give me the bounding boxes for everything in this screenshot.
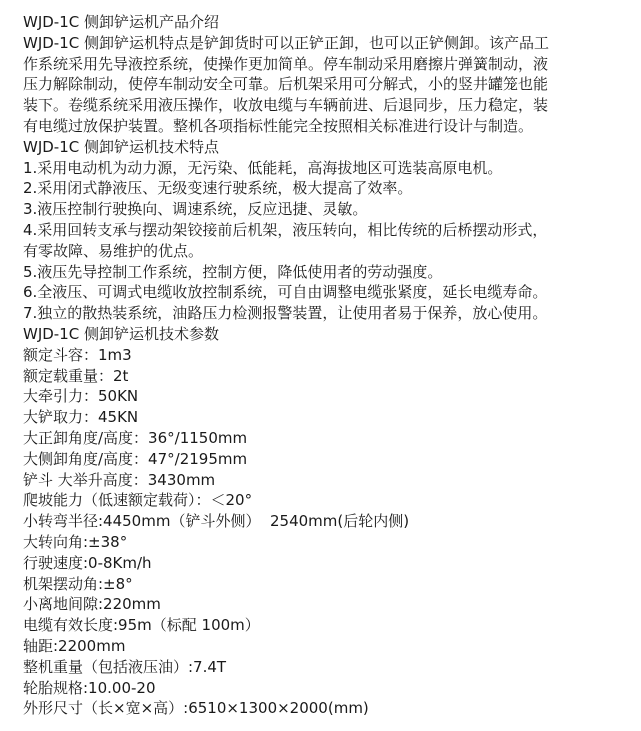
spec-item: 大转向角:±38° (23, 532, 623, 553)
features-list: 1.采用电动机为动力源，无污染、低能耗，高海拔地区可选装高原电机。 2.采用闭式… (23, 158, 623, 324)
intro-paragraph: WJD-1C 侧卸铲运机特点是铲卸货时可以正铲正卸，也可以正铲侧卸。该产品工 作… (23, 33, 623, 137)
spec-item: 铲斗 大举升高度：3430mm (23, 470, 623, 491)
feature-item: 6.全液压、可调式电缆收放控制系统，可自由调整电缆张紧度，延长电缆寿命。 (23, 282, 623, 303)
feature-item: 4.采用回转支承与摆动架铰接前后机架，液压转向，相比传统的后桥摆动形式， (23, 220, 623, 241)
feature-item: 3.液压控制行驶换向、调速系统，反应迅捷、灵敏。 (23, 199, 623, 220)
spec-item: 小转弯半径:4450mm（铲斗外侧） 2540mm(后轮内侧) (23, 511, 623, 532)
spec-item: 小离地间隙:220mm (23, 594, 623, 615)
spec-item: 电缆有效长度:95m（标配 100m） (23, 615, 623, 636)
feature-item: 有零故障、易维护的优点。 (23, 241, 623, 262)
spec-item: 大侧卸角度/高度：47°/2195mm (23, 449, 623, 470)
spec-item: 大铲取力：45KN (23, 407, 623, 428)
intro-line: 装下。卷缆系统采用液压操作，收放电缆与车辆前进、后退同步，压力稳定，装 (23, 95, 623, 116)
spec-item: 外形尺寸（长×宽×高）:6510×1300×2000(mm) (23, 698, 623, 719)
feature-item: 7.独立的散热装系统，油路压力检测报警装置，让使用者易于保养，放心使用。 (23, 303, 623, 324)
spec-item: 大牵引力：50KN (23, 386, 623, 407)
intro-line: WJD-1C 侧卸铲运机特点是铲卸货时可以正铲正卸，也可以正铲侧卸。该产品工 (23, 33, 623, 54)
specs-list: 额定斗容：1m3 额定载重量：2t 大牵引力：50KN 大铲取力：45KN 大正… (23, 345, 623, 719)
spec-item: 机架摆动角:±8° (23, 574, 623, 595)
spec-item: 轴距:2200mm (23, 636, 623, 657)
intro-line: 作系统采用先导液控系统，使操作更加简单。停车制动采用磨擦片弹簧制动，液 (23, 54, 623, 75)
document-body: WJD-1C 侧卸铲运机产品介绍 WJD-1C 侧卸铲运机特点是铲卸货时可以正铲… (23, 12, 623, 719)
intro-heading: WJD-1C 侧卸铲运机产品介绍 (23, 12, 623, 33)
intro-line: 压力解除制动，使停车制动安全可靠。后机架采用可分解式，小的竖井罐笼也能 (23, 74, 623, 95)
spec-item: 大正卸角度/高度：36°/1150mm (23, 428, 623, 449)
spec-item: 轮胎规格:10.00-20 (23, 678, 623, 699)
features-heading: WJD-1C 侧卸铲运机技术特点 (23, 137, 623, 158)
specs-heading: WJD-1C 侧卸铲运机技术参数 (23, 324, 623, 345)
spec-item: 额定斗容：1m3 (23, 345, 623, 366)
spec-item: 爬坡能力（低速额定载荷）：＜20° (23, 490, 623, 511)
feature-item: 2.采用闭式静液压、无级变速行驶系统，极大提高了效率。 (23, 178, 623, 199)
spec-item: 行驶速度:0-8Km/h (23, 553, 623, 574)
intro-line: 有电缆过放保护装置。整机各项指标性能完全按照相关标准进行设计与制造。 (23, 116, 623, 137)
feature-item: 1.采用电动机为动力源，无污染、低能耗，高海拔地区可选装高原电机。 (23, 158, 623, 179)
spec-item: 额定载重量：2t (23, 366, 623, 387)
spec-item: 整机重量（包括液压油）:7.4T (23, 657, 623, 678)
feature-item: 5.液压先导控制工作系统，控制方便，降低使用者的劳动强度。 (23, 262, 623, 283)
